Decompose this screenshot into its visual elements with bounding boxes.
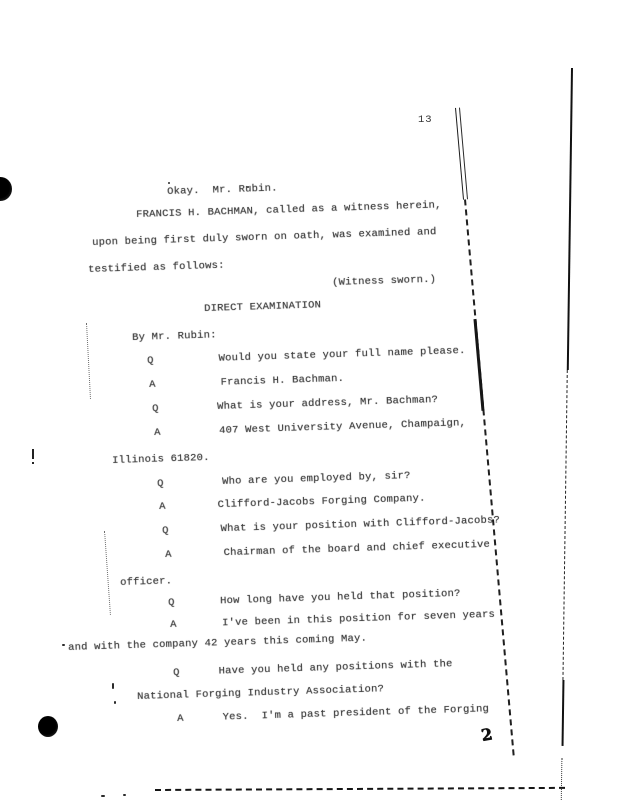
qa-line: Illinois 61820. — [112, 452, 210, 467]
qa-line: A Chairman of the board and chief execut… — [165, 539, 490, 561]
margin-dots-lower — [104, 531, 111, 615]
handwritten-page-mark: 2 — [479, 724, 493, 745]
ink-blot-top-left — [0, 177, 12, 201]
margin-dots-upper — [86, 323, 91, 399]
outer-dashed-middle — [562, 370, 567, 680]
witness-sworn-note: (Witness sworn.) — [332, 274, 436, 289]
qa-line: Q Who are you employed by, sir? — [157, 470, 411, 490]
page-edge-line-inner — [455, 108, 516, 756]
outer-solid-top — [567, 68, 573, 370]
qa-line: A I've been in this position for seven y… — [170, 609, 495, 631]
qa-line: National Forging Industry Association? — [137, 683, 384, 703]
outer-solid-lower — [562, 680, 565, 746]
section-heading-direct-examination: DIRECT EXAMINATION — [204, 299, 321, 315]
qa-line: and with the company 42 years this comin… — [68, 633, 367, 654]
stray-dot — [168, 182, 170, 184]
margin-tick — [32, 449, 34, 459]
stray-mark — [112, 683, 114, 689]
qa-line: Q Have you held any positions with the — [173, 658, 453, 679]
qa-line: Q Would you state your full name please. — [147, 345, 466, 367]
transcript-line: Okay. Mr. Rubin. — [167, 183, 278, 198]
examiner-line: By Mr. Rubin: — [132, 329, 217, 344]
qa-line: A 407 West University Avenue, Champaign, — [154, 417, 466, 439]
transcript-line: testified as follows: — [88, 260, 225, 276]
ink-blot-bottom-left — [38, 716, 58, 737]
transcript-line: upon being first duly sworn on oath, was… — [92, 226, 437, 249]
bottom-edge-line — [155, 787, 565, 791]
qa-line: officer. — [120, 575, 172, 589]
transcript-line: FRANCIS H. BACHMAN, called as a witness … — [136, 199, 442, 221]
qa-line: Q How long have you held that position? — [168, 588, 461, 609]
stray-dot — [62, 644, 65, 646]
page-edge-line-outer — [561, 68, 573, 800]
qa-line: A Yes. I'm a past president of the Forgi… — [177, 703, 489, 725]
qa-line: Q What is your address, Mr. Bachman? — [152, 394, 438, 415]
qa-line: A Clifford-Jacobs Forging Company. — [159, 493, 426, 513]
qa-line: Q What is your position with Clifford-Ja… — [162, 514, 500, 537]
edge-solid-segment — [473, 319, 484, 411]
stray-dot — [247, 186, 249, 188]
qa-line: A Francis H. Bachman. — [149, 373, 344, 391]
page-number: 13 — [418, 114, 433, 126]
outer-dotted-bottom — [561, 758, 563, 800]
scanned-transcript-page: 13 Okay. Mr. Rubin. FRANCIS H. BACHMAN, … — [0, 0, 633, 800]
stray-dot — [123, 794, 126, 796]
edge-double-segment — [455, 108, 468, 200]
stray-mark — [114, 701, 116, 704]
stray-dot — [101, 795, 105, 797]
edge-dashed-segment — [464, 199, 515, 755]
margin-tick-dot — [32, 462, 34, 464]
